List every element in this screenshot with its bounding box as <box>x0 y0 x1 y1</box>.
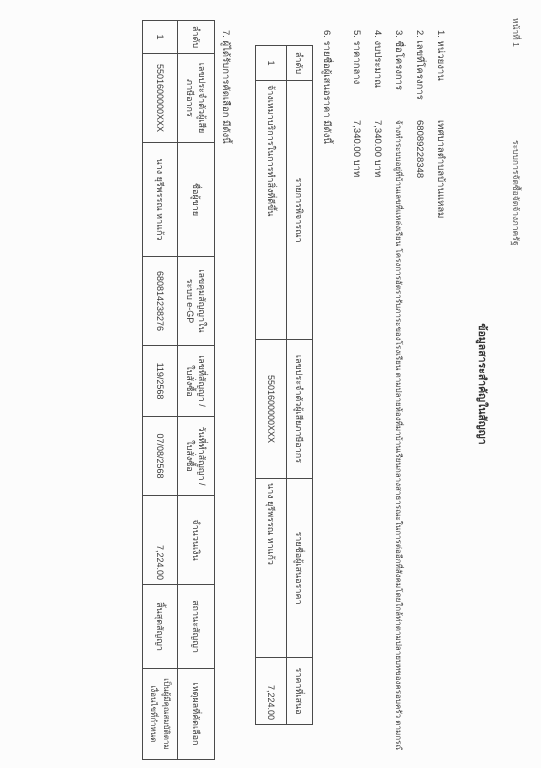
cell: 5501600000XXX <box>256 340 287 479</box>
cell: 7,224.00 <box>256 658 287 725</box>
cell: จ้างเหมาบริการในการทำสิ่งที่ดีขึ้น <box>256 81 287 340</box>
header-cell: เลขคุมสัญญาในระบบ e-GP <box>178 257 215 346</box>
field-label: 2. เลขที่โครงการ <box>412 30 427 120</box>
bidders-table: ลำดับ รายการพิจารณา เลขประจำตัวผู้เสียภา… <box>255 45 313 725</box>
field-agency: 1. หน่วยงาน เทศบาลตำบลบ้านแหลม <box>430 30 451 750</box>
header-cell: สถานะสัญญา <box>178 585 215 669</box>
table-header-row: ลำดับ รายการพิจารณา เลขประจำตัวผู้เสียภา… <box>287 46 313 725</box>
table-header-row: ลำดับ เลขประจำตัวผู้เสียภาษีอากร ชื่อผู้… <box>178 21 215 760</box>
header-meta: ระบบการจัดซื้อจัดจ้างภาครัฐ <box>509 140 523 246</box>
cell: 1 <box>143 21 178 54</box>
section-7-label: 7. ผู้ได้รับการคัดเลือก มีดังนี้ <box>218 30 233 144</box>
header-cell: เหตุผลที่คัดเลือก <box>178 669 215 760</box>
cell: 5501600000XXX <box>143 54 178 143</box>
field-value: 68089228348 <box>414 120 425 750</box>
contract-fields: 1. หน่วยงาน เทศบาลตำบลบ้านแหลม 2. เลขที่… <box>346 30 451 750</box>
cell: 119/2568 <box>143 346 178 417</box>
field-budget: 4. งบประมาณ 7,340.00 บาท <box>367 30 388 750</box>
field-label: 1. หน่วยงาน <box>433 30 448 120</box>
header-cell: เลขประจำตัวผู้เสียภาษีอากร <box>178 54 215 143</box>
cell: นาง ยุรีพรรณ หาแก้ว <box>256 479 287 658</box>
cell: 680814238276 <box>143 257 178 346</box>
header-cell: รายชื่อผู้เสนอราคา <box>287 479 313 658</box>
header-cell: วันที่ทำสัญญา / ใบสั่งซื้อ <box>178 417 215 496</box>
field-label: 3. ชื่อโครงการ <box>391 30 406 120</box>
header-cell: รายการพิจารณา <box>287 81 313 340</box>
cell: นาง ยุรีพรรณ หาแก้ว <box>143 143 178 257</box>
cell: 1 <box>256 46 287 81</box>
field-value: 7,340.00 บาท <box>349 120 364 750</box>
field-middle-price: 5. ราคากลาง 7,340.00 บาท <box>346 30 367 750</box>
section-6-label: 6. รายชื่อผู้เสนอราคา มีดังนี้ <box>319 30 334 144</box>
document-page: หน้าที่ 1 ระบบการจัดซื้อจัดจ้างภาครัฐ ข้… <box>0 0 541 768</box>
cell: 7,224.00 <box>143 496 178 585</box>
field-project-number: 2. เลขที่โครงการ 68089228348 <box>409 30 430 750</box>
document-title: ข้อมูลสาระสำคัญในสัญญา <box>474 0 491 768</box>
field-label: 4. งบประมาณ <box>370 30 385 120</box>
cell: 07/08/2568 <box>143 417 178 496</box>
header-cell: ชื่อผู้ขาย <box>178 143 215 257</box>
selected-vendor-table: ลำดับ เลขประจำตัวผู้เสียภาษีอากร ชื่อผู้… <box>142 20 215 760</box>
field-value: เทศบาลตำบลบ้านแหลม <box>433 120 448 750</box>
header-cell: ลำดับ <box>178 21 215 54</box>
table-row: 1 จ้างเหมาบริการในการทำสิ่งที่ดีขึ้น 550… <box>256 46 287 725</box>
field-value: 7,340.00 บาท <box>370 120 385 750</box>
field-value: จ้างทำระบบอยู่ที่บ้านเลขที่แหล่งเรียน โค… <box>392 120 405 750</box>
field-label: 5. ราคากลาง <box>349 30 364 120</box>
header-cell: จำนวนเงิน <box>178 496 215 585</box>
cell: เป็นผู้มีคุณสมบัติตามเงื่อนไขที่กำหนด <box>143 669 178 760</box>
header-cell: ลำดับ <box>287 46 313 81</box>
header-cell: ราคาที่เสนอ <box>287 658 313 725</box>
header-cell: เลขประจำตัวผู้เสียภาษีอากร <box>287 340 313 479</box>
page-number: หน้าที่ 1 <box>509 18 523 47</box>
table-row: 1 5501600000XXX นาง ยุรีพรรณ หาแก้ว 6808… <box>143 21 178 760</box>
header-cell: เลขที่สัญญา / ใบสั่งซื้อ <box>178 346 215 417</box>
cell: สิ้นสุดสัญญา <box>143 585 178 669</box>
field-project-name: 3. ชื่อโครงการ จ้างทำระบบอยู่ที่บ้านเลขท… <box>388 30 409 750</box>
